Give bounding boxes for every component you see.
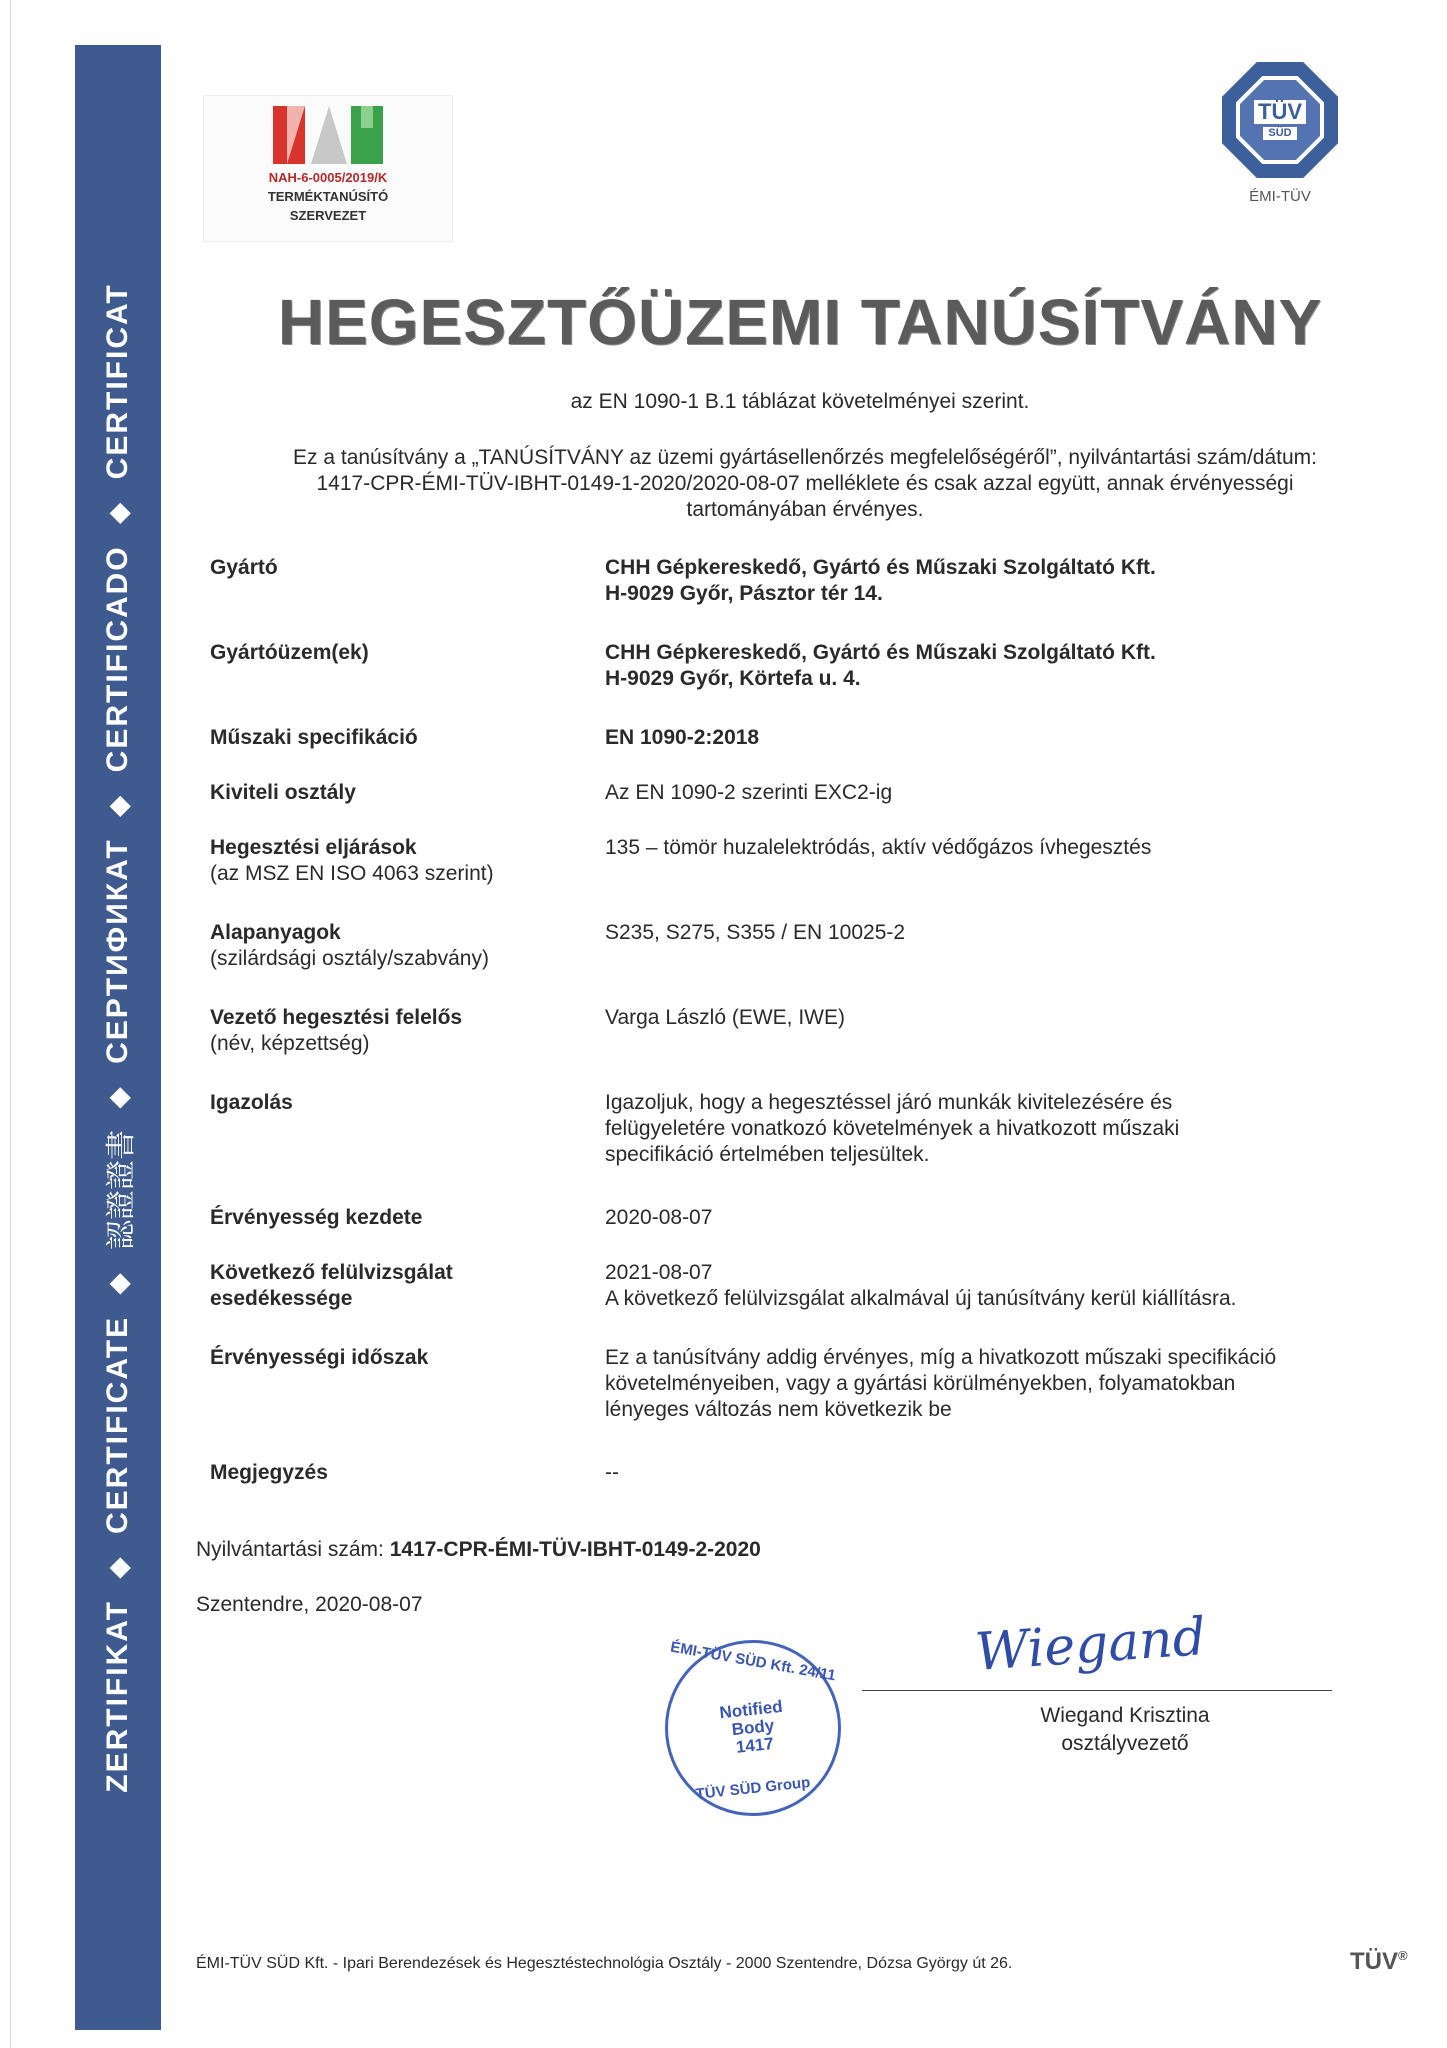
diamond-separator-icon: ◆ <box>103 794 134 816</box>
document-title: HEGESZTŐÜZEMI TANÚSÍTVÁNY <box>190 285 1410 359</box>
detail-label: Hegesztési eljárások(az MSZ EN ISO 4063 … <box>210 835 590 887</box>
side-band-word: CERTIFICAT <box>101 283 135 479</box>
signatory-role: osztályvezető <box>995 1732 1255 1756</box>
stamp-bottom-text: TÜV SÜD Group <box>668 1771 839 1806</box>
tuv-word: TÜV <box>1254 100 1306 124</box>
footer-tuv-logo: TÜV® <box>1350 1948 1408 1976</box>
detail-value: 135 – tömör huzalelektródás, aktív védőg… <box>605 835 1395 861</box>
nah-accreditation-logo: NAH-6-0005/2019/K TERMÉKTANÚSÍTÓ SZERVEZ… <box>203 95 453 242</box>
signatory-name: Wiegand Krisztina <box>995 1704 1255 1728</box>
scan-edge <box>10 0 11 2048</box>
nah-label-line1: TERMÉKTANÚSÍTÓ <box>204 189 452 204</box>
detail-label: Következő felülvizsgálatesedékessége <box>210 1260 590 1312</box>
side-band-word: 認證證書 <box>96 1129 140 1249</box>
nah-label-line2: SZERVEZET <box>204 208 452 223</box>
signature-handwriting: Wiegand <box>973 1607 1208 1683</box>
side-band-text: ZERTIFIKAT◆CERTIFICATE◆認證證書◆CEPTИФИКАТ◆C… <box>75 45 161 2030</box>
detail-value: S235, S275, S355 / EN 10025-2 <box>605 920 1395 946</box>
intro-paragraph: Ez a tanúsítvány a „TANÚSÍTVÁNY az üzemi… <box>190 445 1420 523</box>
detail-label: Vezető hegesztési felelős(név, képzettsé… <box>210 1005 590 1057</box>
side-band-word: CERTIFICADO <box>101 545 135 772</box>
registration-number: Nyilvántartási szám: 1417-CPR-ÉMI-TÜV-IB… <box>196 1538 761 1562</box>
registration-value: 1417-CPR-ÉMI-TÜV-IBHT-0149-2-2020 <box>390 1538 761 1561</box>
nah-accreditation-id: NAH-6-0005/2019/K <box>204 170 452 185</box>
detail-label: Gyártó <box>210 555 590 581</box>
detail-value: Ez a tanúsítvány addig érvényes, míg a h… <box>605 1345 1395 1423</box>
detail-label: Megjegyzés <box>210 1460 590 1486</box>
diamond-separator-icon: ◆ <box>103 1556 134 1578</box>
footer-address: ÉMI-TÜV SÜD Kft. - Ipari Berendezések és… <box>196 1955 1012 1973</box>
diamond-separator-icon: ◆ <box>103 1271 134 1293</box>
side-band-word: CERTIFICATE <box>101 1315 135 1533</box>
intro-line-3: tartományában érvényes. <box>190 497 1420 523</box>
tuv-sud-logo: TÜV SÜD ÉMI-TÜV <box>1210 62 1350 205</box>
detail-label: Gyártóüzem(ek) <box>210 640 590 666</box>
detail-label: Érvényességi időszak <box>210 1345 590 1371</box>
detail-label: Igazolás <box>210 1090 590 1116</box>
detail-value: -- <box>605 1460 1395 1486</box>
detail-value: 2020-08-07 <box>605 1205 1395 1231</box>
detail-value: Varga László (EWE, IWE) <box>605 1005 1395 1031</box>
detail-value: CHH Gépkereskedő, Gyártó és Műszaki Szol… <box>605 555 1395 607</box>
notified-body-stamp: ÉMI-TÜV SÜD Kft. 24/11 Notified Body 141… <box>665 1640 841 1816</box>
intro-line-2: 1417-CPR-ÉMI-TÜV-IBHT-0149-1-2020/2020-0… <box>190 471 1420 497</box>
detail-label: Műszaki specifikáció <box>210 725 590 751</box>
detail-label: Érvényesség kezdete <box>210 1205 590 1231</box>
place-and-date: Szentendre, 2020-08-07 <box>196 1593 423 1617</box>
nah-logo-icon <box>273 106 383 164</box>
diamond-separator-icon: ◆ <box>103 501 134 523</box>
signature-line <box>862 1690 1332 1691</box>
detail-label: Kiviteli osztály <box>210 780 590 806</box>
detail-value: Az EN 1090-2 szerinti EXC2-ig <box>605 780 1395 806</box>
tuv-octagon-icon: TÜV SÜD <box>1222 62 1338 178</box>
side-band-word: ZERTIFIKAT <box>101 1600 135 1793</box>
document-subtitle: az EN 1090-1 B.1 táblázat követelményei … <box>190 390 1410 414</box>
stamp-top-text: ÉMI-TÜV SÜD Kft. 24/11 <box>668 1638 838 1684</box>
registration-label: Nyilvántartási szám: <box>196 1538 390 1561</box>
detail-value: Igazoljuk, hogy a hegesztéssel járó munk… <box>605 1090 1395 1168</box>
tuv-sud-word: SÜD <box>1263 127 1296 140</box>
side-band-word: CEPTИФИКАТ <box>101 838 135 1064</box>
detail-value: 2021-08-07A következő felülvizsgálat alk… <box>605 1260 1395 1312</box>
detail-value: EN 1090-2:2018 <box>605 725 1395 751</box>
intro-line-1: Ez a tanúsítvány a „TANÚSÍTVÁNY az üzemi… <box>190 445 1420 471</box>
diamond-separator-icon: ◆ <box>103 1085 134 1107</box>
detail-label: Alapanyagok(szilárdsági osztály/szabvány… <box>210 920 590 972</box>
certificate-side-band: ZERTIFIKAT◆CERTIFICATE◆認證證書◆CEPTИФИКАТ◆C… <box>75 45 161 2030</box>
detail-value: CHH Gépkereskedő, Gyártó és Műszaki Szol… <box>605 640 1395 692</box>
tuv-caption: ÉMI-TÜV <box>1210 188 1350 205</box>
certificate-page: ZERTIFIKAT◆CERTIFICATE◆認證證書◆CEPTИФИКАТ◆C… <box>0 0 1447 2048</box>
